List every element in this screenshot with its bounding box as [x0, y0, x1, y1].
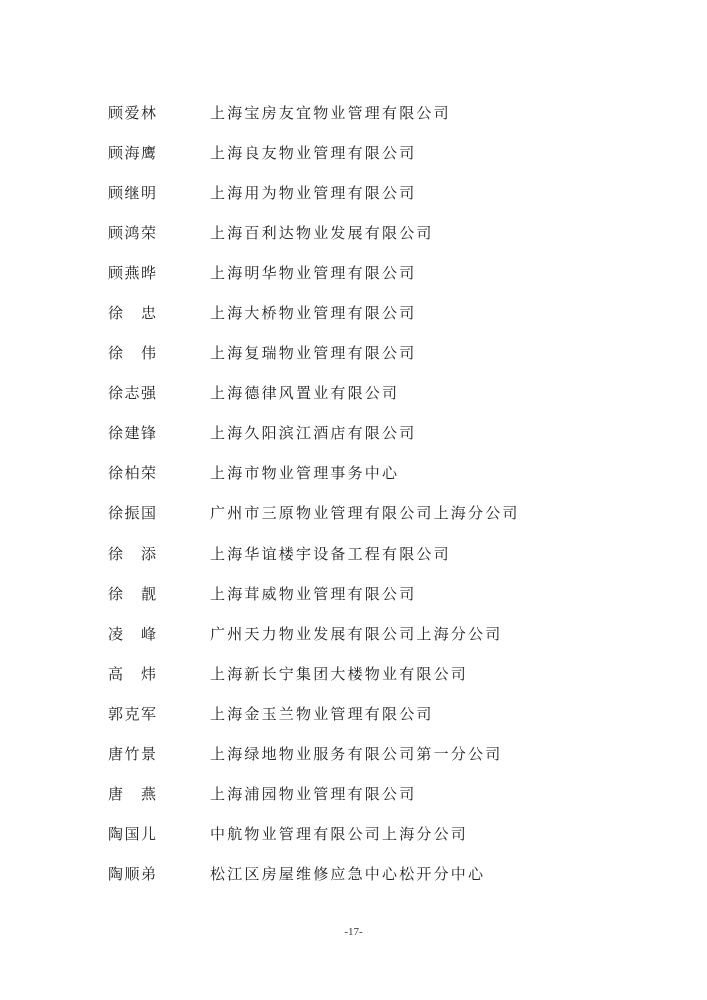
list-item: 徐建锋 上海久阳滨江酒店有限公司 [108, 413, 628, 453]
person-name: 徐 忠 [108, 302, 210, 323]
document-page: 顾爱林 上海宝房友宜物业管理有限公司 顾海鹰 上海良友物业管理有限公司 顾继明 … [0, 0, 707, 1000]
person-name: 高 炜 [108, 663, 210, 684]
person-name: 顾燕晔 [108, 262, 210, 283]
company-name: 上海复瑞物业管理有限公司 [210, 342, 416, 363]
company-name: 松江区房屋维修应急中心松开分中心 [210, 863, 485, 884]
list-item: 顾鸿荣 上海百利达物业发展有限公司 [108, 212, 628, 252]
list-item: 顾继明 上海用为物业管理有限公司 [108, 172, 628, 212]
person-name: 唐 燕 [108, 783, 210, 804]
company-name: 上海良友物业管理有限公司 [210, 142, 416, 163]
company-name: 上海华谊楼宇设备工程有限公司 [210, 543, 451, 564]
person-name: 徐 添 [108, 543, 210, 564]
company-name: 上海茸威物业管理有限公司 [210, 583, 416, 604]
person-name: 唐竹景 [108, 743, 210, 764]
list-item: 凌 峰 广州天力物业发展有限公司上海分公司 [108, 613, 628, 653]
person-name: 顾鸿荣 [108, 222, 210, 243]
list-item: 徐志强 上海德律风置业有限公司 [108, 373, 628, 413]
list-item: 顾燕晔 上海明华物业管理有限公司 [108, 252, 628, 292]
person-name: 徐振国 [108, 502, 210, 523]
company-name: 上海明华物业管理有限公司 [210, 262, 416, 283]
list-item: 徐 添 上海华谊楼宇设备工程有限公司 [108, 533, 628, 573]
company-name: 上海德律风置业有限公司 [210, 382, 399, 403]
person-name: 徐柏荣 [108, 462, 210, 483]
list-item: 唐竹景 上海绿地物业服务有限公司第一分公司 [108, 734, 628, 774]
company-name: 上海久阳滨江酒店有限公司 [210, 422, 416, 443]
company-name: 上海浦园物业管理有限公司 [210, 783, 416, 804]
list-item: 唐 燕 上海浦园物业管理有限公司 [108, 774, 628, 814]
person-name: 徐 靓 [108, 583, 210, 604]
list-item: 徐 靓 上海茸威物业管理有限公司 [108, 573, 628, 613]
person-name: 徐 伟 [108, 342, 210, 363]
company-name: 上海绿地物业服务有限公司第一分公司 [210, 743, 502, 764]
list-item: 高 炜 上海新长宁集团大楼物业有限公司 [108, 653, 628, 693]
company-name: 上海百利达物业发展有限公司 [210, 222, 434, 243]
list-item: 陶顺弟 松江区房屋维修应急中心松开分中心 [108, 854, 628, 894]
list-item: 顾海鹰 上海良友物业管理有限公司 [108, 132, 628, 172]
person-name: 陶顺弟 [108, 863, 210, 884]
company-name: 上海市物业管理事务中心 [210, 462, 399, 483]
list-item: 郭克军 上海金玉兰物业管理有限公司 [108, 693, 628, 733]
company-name: 上海新长宁集团大楼物业有限公司 [210, 663, 468, 684]
company-name: 中航物业管理有限公司上海分公司 [210, 823, 468, 844]
list-item: 徐柏荣 上海市物业管理事务中心 [108, 453, 628, 493]
list-item: 徐 伟 上海复瑞物业管理有限公司 [108, 333, 628, 373]
list-item: 顾爱林 上海宝房友宜物业管理有限公司 [108, 92, 628, 132]
list-item: 陶国儿 中航物业管理有限公司上海分公司 [108, 814, 628, 854]
page-number: -17- [0, 926, 707, 938]
company-name: 上海用为物业管理有限公司 [210, 182, 416, 203]
person-name: 凌 峰 [108, 623, 210, 644]
person-name: 顾爱林 [108, 102, 210, 123]
person-name: 顾继明 [108, 182, 210, 203]
company-name: 广州市三原物业管理有限公司上海分公司 [210, 502, 520, 523]
company-name: 上海金玉兰物业管理有限公司 [210, 703, 434, 724]
person-name: 徐志强 [108, 382, 210, 403]
person-name: 徐建锋 [108, 422, 210, 443]
person-name: 郭克军 [108, 703, 210, 724]
person-name: 陶国儿 [108, 823, 210, 844]
list-item: 徐 忠 上海大桥物业管理有限公司 [108, 292, 628, 332]
person-name: 顾海鹰 [108, 142, 210, 163]
name-company-list: 顾爱林 上海宝房友宜物业管理有限公司 顾海鹰 上海良友物业管理有限公司 顾继明 … [108, 92, 628, 894]
company-name: 广州天力物业发展有限公司上海分公司 [210, 623, 502, 644]
company-name: 上海宝房友宜物业管理有限公司 [210, 102, 451, 123]
company-name: 上海大桥物业管理有限公司 [210, 302, 416, 323]
list-item: 徐振国 广州市三原物业管理有限公司上海分公司 [108, 493, 628, 533]
